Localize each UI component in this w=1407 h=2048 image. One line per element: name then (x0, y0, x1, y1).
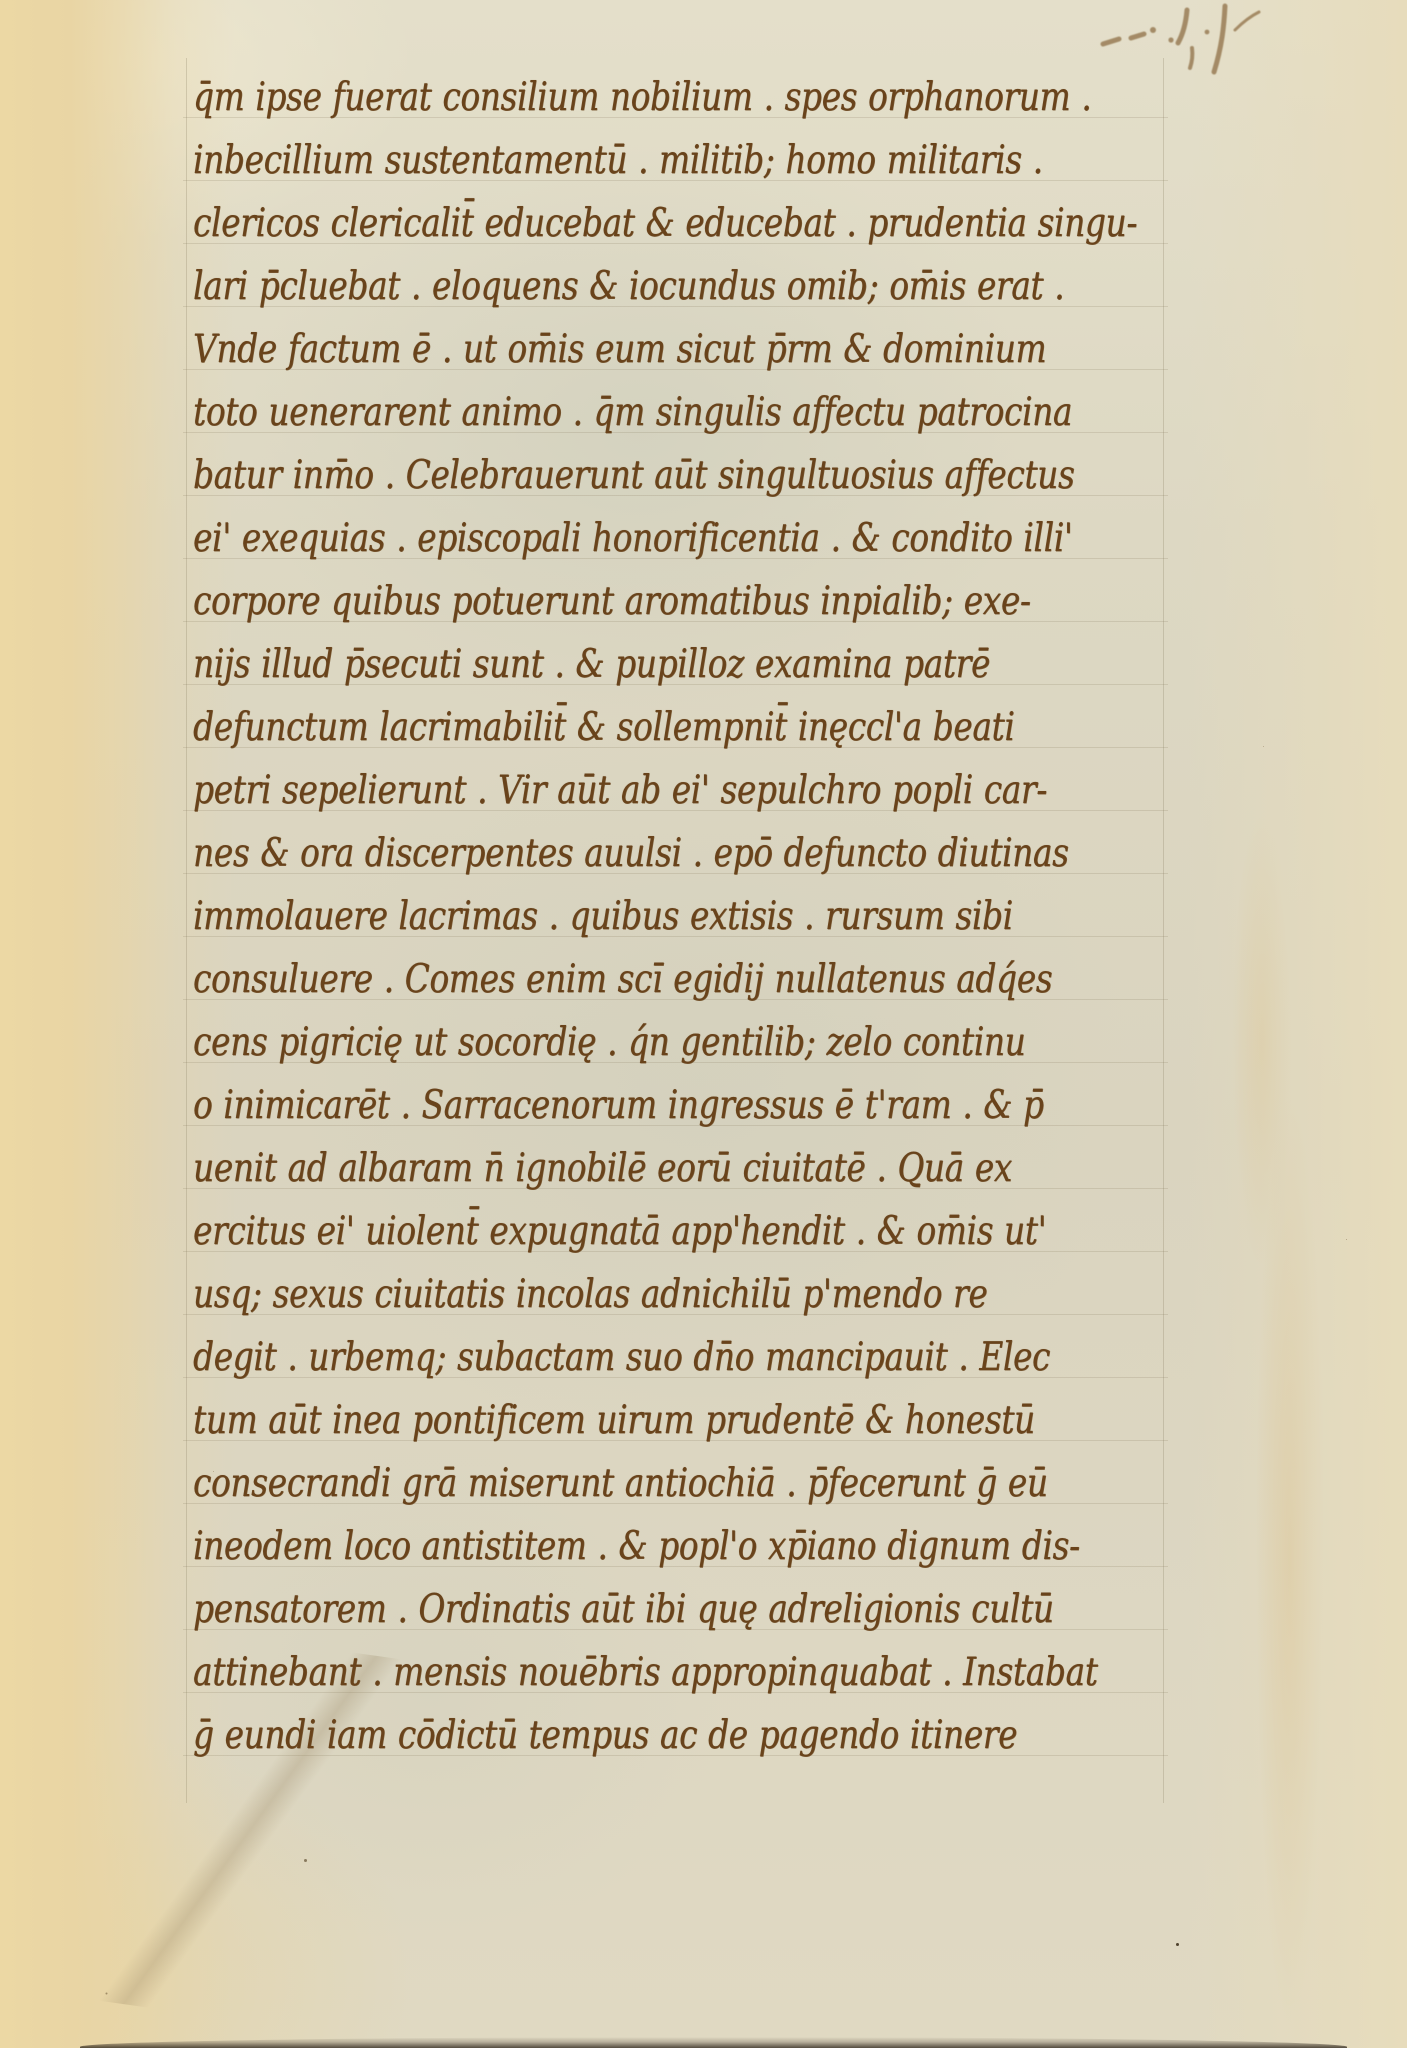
manuscript-line: immolauere lacrimas . quibus extisis . r… (193, 885, 1117, 948)
manuscript-line: ḡ eundi iam cōdictū tempus ac de pagendo… (193, 1704, 1117, 1767)
manuscript-line: ineodem loco antistitem . & popl'o xp̄ia… (193, 1515, 1117, 1578)
manuscript-line: nijs illud p̄secuti sunt . & pupilloz ex… (193, 633, 1117, 696)
manuscript-line: corpore quibus potuerunt aromatibus inpi… (193, 570, 1117, 633)
manuscript-line: usq; sexus ciuitatis incolas adnichilū p… (193, 1263, 1117, 1326)
dust-specks (0, 0, 3, 3)
manuscript-line: o inimicarēt . Sarracenorum ingressus ē … (193, 1074, 1117, 1137)
left-margin-rule (186, 58, 187, 1803)
manuscript-line: cens pigricię ut socordię . q́n gentilib… (193, 1011, 1117, 1074)
page-bottom-edge (80, 2037, 1347, 2048)
manuscript-line: ei' exequias . episcopali honorificentia… (193, 507, 1117, 570)
manuscript-line: defunctum lacrimabilit̄ & sollempnit̄ in… (193, 696, 1117, 759)
manuscript-page: q̄m ipse fuerat consilium nobilium . spe… (0, 0, 1407, 2048)
manuscript-line: inbecillium sustentamentū . militib; hom… (193, 129, 1117, 192)
manuscript-line: q̄m ipse fuerat consilium nobilium . spe… (193, 66, 1117, 129)
manuscript-line: petri sepelierunt . Vir aūt ab ei' sepul… (193, 759, 1117, 822)
manuscript-line: uenit ad albaram n̄ ignobilē eorū ciuita… (193, 1137, 1117, 1200)
manuscript-line: clericos clericalit̄ educebat & educebat… (193, 192, 1117, 255)
manuscript-line: degit . urbemq; subactam suo dn̄o mancip… (193, 1326, 1117, 1389)
manuscript-line: attinebant . mensis nouēbris appropinqua… (193, 1641, 1117, 1704)
manuscript-line: tum aūt inea pontificem uirum prudentē &… (193, 1389, 1117, 1452)
manuscript-line: Vnde factum ē . ut om̄is eum sicut p̄rm … (193, 318, 1117, 381)
manuscript-line: nes & ora discerpentes auulsi . epō defu… (193, 822, 1117, 885)
manuscript-line: ercitus ei' uiolent̄ expugnatā app'hendi… (193, 1200, 1117, 1263)
manuscript-line: consecrandi grā miserunt antiochiā . p̄f… (193, 1452, 1117, 1515)
manuscript-line: batur inm̄o . Celebrauerunt aūt singultu… (193, 444, 1117, 507)
manuscript-line: lari p̄cluebat . eloquens & iocundus omi… (193, 255, 1117, 318)
manuscript-line: pensatorem . Ordinatis aūt ibi quę adrel… (193, 1578, 1117, 1641)
manuscript-text: q̄m ipse fuerat consilium nobilium . spe… (193, 66, 1293, 1767)
manuscript-line: consuluere . Comes enim scī egidij nulla… (193, 948, 1117, 1011)
manuscript-line: toto uenerarent animo . q̄m singulis aff… (193, 381, 1117, 444)
